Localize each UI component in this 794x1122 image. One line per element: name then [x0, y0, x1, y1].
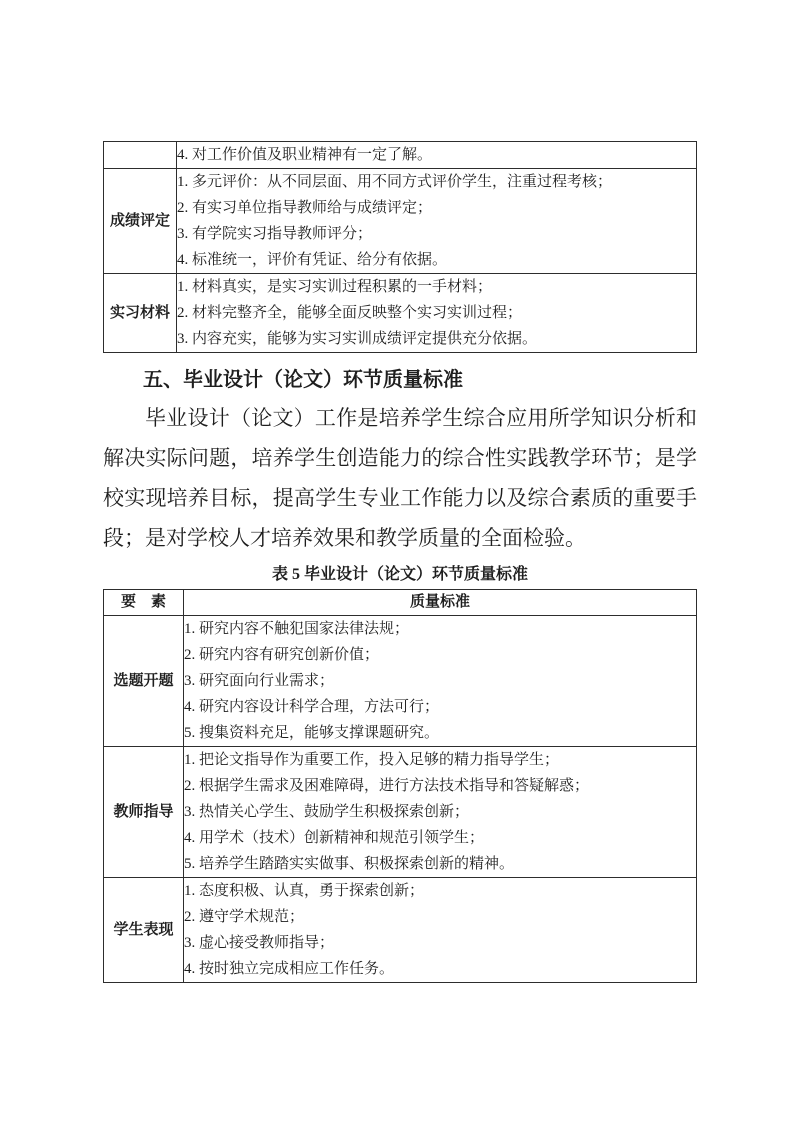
row-items-cell: 1. 态度积极、认真，勇于探索创新； 2. 遵守学术规范； 3. 虚心接受教师指…: [184, 878, 697, 983]
row-items-cell: 4. 对工作价值及职业精神有一定了解。: [177, 142, 697, 169]
quality-item: 1. 把论文指导作为重要工作，投入足够的精力指导学生；: [184, 747, 696, 773]
row-items-cell: 1. 把论文指导作为重要工作，投入足够的精力指导学生； 2. 根据学生需求及困难…: [184, 747, 697, 878]
intro-paragraph: 毕业设计（论文）工作是培养学生综合应用所学知识分析和 解决实际问题，培养学生创造…: [103, 398, 697, 558]
quality-item: 4. 对工作价值及职业精神有一定了解。: [177, 142, 696, 168]
quality-item: 3. 研究面向行业需求；: [184, 668, 696, 694]
row-label-empty: [104, 142, 177, 169]
quality-item: 4. 用学术（技术）创新精神和规范引领学生；: [184, 825, 696, 851]
row-items-cell: 1. 多元评价：从不同层面、用不同方式评价学生，注重过程考核； 2. 有实习单位…: [177, 169, 697, 274]
row-items-cell: 1. 研究内容不触犯国家法律法规； 2. 研究内容有研究创新价值； 3. 研究面…: [184, 616, 697, 747]
table-row-internship-materials: 实习材料 1. 材料真实，是实习实训过程积累的一手材料； 2. 材料完整齐全，能…: [104, 274, 697, 353]
paragraph-line: 校实现培养目标，提高学生专业工作能力以及综合素质的重要手: [103, 478, 697, 518]
quality-item: 2. 材料完整齐全，能够全面反映整个实习实训过程；: [177, 300, 696, 326]
paragraph-line: 段；是对学校人才培养效果和教学质量的全面检验。: [103, 518, 697, 558]
document-page: 4. 对工作价值及职业精神有一定了解。 成绩评定 1. 多元评价：从不同层面、用…: [0, 0, 794, 1122]
row-label-teacher-guidance: 教师指导: [104, 747, 184, 878]
row-items-cell: 1. 材料真实，是实习实训过程积累的一手材料； 2. 材料完整齐全，能够全面反映…: [177, 274, 697, 353]
table-row-continued: 4. 对工作价值及职业精神有一定了解。: [104, 142, 697, 169]
quality-item: 2. 遵守学术规范；: [184, 904, 696, 930]
table-row-student-performance: 学生表现 1. 态度积极、认真，勇于探索创新； 2. 遵守学术规范； 3. 虚心…: [104, 878, 697, 983]
quality-item: 2. 根据学生需求及困难障碍，进行方法技术指导和答疑解惑；: [184, 773, 696, 799]
column-header-element: 要 素: [104, 590, 184, 616]
quality-item: 3. 虚心接受教师指导；: [184, 930, 696, 956]
quality-item: 1. 多元评价：从不同层面、用不同方式评价学生，注重过程考核；: [177, 169, 696, 195]
paragraph-line: 毕业设计（论文）工作是培养学生综合应用所学知识分析和: [103, 398, 697, 438]
quality-item: 4. 标准统一，评价有凭证、给分有依据。: [177, 247, 696, 273]
quality-item: 1. 研究内容不触犯国家法律法规；: [184, 616, 696, 642]
row-label-grade-evaluation: 成绩评定: [104, 169, 177, 274]
table-row-grade-evaluation: 成绩评定 1. 多元评价：从不同层面、用不同方式评价学生，注重过程考核； 2. …: [104, 169, 697, 274]
section-heading: 五、毕业设计（论文）环节质量标准: [103, 366, 697, 394]
table-row-teacher-guidance: 教师指导 1. 把论文指导作为重要工作，投入足够的精力指导学生； 2. 根据学生…: [104, 747, 697, 878]
table-header-row: 要 素 质量标准: [104, 590, 697, 616]
quality-item: 3. 内容充实，能够为实习实训成绩评定提供充分依据。: [177, 326, 696, 352]
quality-item: 3. 热情关心学生、鼓励学生积极探索创新；: [184, 799, 696, 825]
quality-item: 5. 搜集资料充足，能够支撑课题研究。: [184, 720, 696, 746]
table-caption: 表 5 毕业设计（论文）环节质量标准: [103, 564, 697, 586]
quality-item: 5. 培养学生踏踏实实做事、积极探索创新的精神。: [184, 851, 696, 877]
quality-item: 4. 按时独立完成相应工作任务。: [184, 956, 696, 982]
row-label-topic-selection: 选题开题: [104, 616, 184, 747]
quality-item: 2. 有实习单位指导教师给与成绩评定；: [177, 195, 696, 221]
quality-item: 3. 有学院实习指导教师评分；: [177, 221, 696, 247]
column-header-quality-standard: 质量标准: [184, 590, 697, 616]
row-label-student-performance: 学生表现: [104, 878, 184, 983]
table-row-topic-selection: 选题开题 1. 研究内容不触犯国家法律法规； 2. 研究内容有研究创新价值； 3…: [104, 616, 697, 747]
paragraph-line: 解决实际问题，培养学生创造能力的综合性实践教学环节；是学: [103, 438, 697, 478]
thesis-quality-table: 要 素 质量标准 选题开题 1. 研究内容不触犯国家法律法规； 2. 研究内容有…: [103, 589, 697, 983]
quality-item: 2. 研究内容有研究创新价值；: [184, 642, 696, 668]
quality-item: 4. 研究内容设计科学合理，方法可行；: [184, 694, 696, 720]
row-label-internship-materials: 实习材料: [104, 274, 177, 353]
internship-quality-table: 4. 对工作价值及职业精神有一定了解。 成绩评定 1. 多元评价：从不同层面、用…: [103, 141, 697, 353]
quality-item: 1. 态度积极、认真，勇于探索创新；: [184, 878, 696, 904]
quality-item: 1. 材料真实，是实习实训过程积累的一手材料；: [177, 274, 696, 300]
